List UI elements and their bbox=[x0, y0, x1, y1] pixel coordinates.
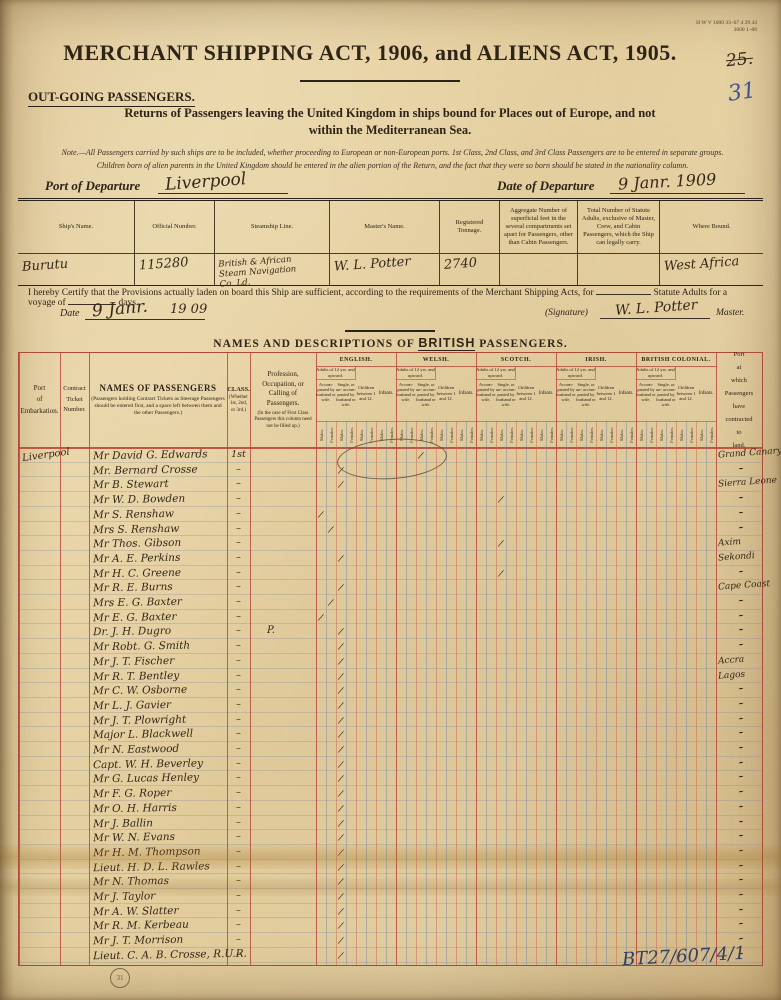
sex-column-label-cell: Males. bbox=[496, 421, 506, 447]
certificate-blank-1 bbox=[596, 294, 651, 295]
sex-column-label-cell: Males. bbox=[696, 421, 706, 447]
passenger-class: – bbox=[227, 552, 250, 563]
ship-table-value-cell bbox=[500, 253, 578, 285]
passenger-class: – bbox=[227, 670, 250, 681]
sex-column-label-cell: Females. bbox=[346, 421, 356, 447]
ship-table-header: Aggregate Number of superficial feet in … bbox=[500, 201, 578, 253]
ship-table-value-row: Burutu115280British & African Steam Navi… bbox=[18, 253, 763, 285]
tally-tick-mark: / bbox=[328, 523, 334, 535]
passenger-name: Mr R. E. Burns bbox=[93, 580, 243, 595]
passenger-name: Mr Robt. G. Smith bbox=[93, 639, 243, 654]
sex-column-label: Females. bbox=[529, 427, 534, 443]
ship-table: Ship's Name.Official Number.Steamship Li… bbox=[18, 198, 763, 286]
passenger-name: Mr H. C. Greene bbox=[93, 565, 243, 580]
passenger-name: Mr J. Ballin bbox=[93, 815, 243, 830]
sex-column-label: Females. bbox=[469, 427, 474, 443]
passenger-class: – bbox=[227, 684, 250, 695]
passenger-row: Mrs E. G. Baxter–/– bbox=[19, 598, 762, 613]
sex-column-label: Males. bbox=[679, 429, 684, 441]
passenger-name: Mrs E. G. Baxter bbox=[93, 595, 243, 610]
nationality-group-header: SCOTCH.Adults of 12 yrs. and upward.Acco… bbox=[476, 353, 556, 447]
destination-entry: – bbox=[718, 683, 765, 696]
sex-column-label-cell: Females. bbox=[486, 421, 496, 447]
tally-tick-mark: / bbox=[338, 905, 344, 917]
sex-column-label: Females. bbox=[449, 427, 454, 443]
passenger-class: – bbox=[227, 728, 250, 739]
tally-tick-mark: / bbox=[338, 729, 344, 741]
passenger-name: Mrs S. Renshaw bbox=[93, 521, 243, 536]
passenger-class: 1st bbox=[227, 449, 250, 460]
tally-tick-mark: / bbox=[338, 935, 344, 947]
tally-tick-mark: / bbox=[338, 553, 344, 565]
passenger-name: Mr F. G. Roper bbox=[93, 786, 243, 801]
stain-left-edge bbox=[0, 0, 14, 1000]
ship-table-value bbox=[582, 254, 657, 259]
passenger-name: Major L. Blackwell bbox=[93, 727, 243, 742]
signature-label: (Signature) bbox=[545, 308, 588, 318]
passengers-heading-emph: BRITISH bbox=[418, 336, 475, 351]
ship-table-value-cell: Burutu bbox=[18, 253, 135, 285]
sex-column-label: Males. bbox=[439, 429, 444, 441]
sex-column-label: Males. bbox=[639, 429, 644, 441]
passenger-class: – bbox=[227, 493, 250, 504]
destination-entry: – bbox=[718, 492, 765, 505]
tally-tick-mark: / bbox=[338, 758, 344, 770]
ship-table-header: Ship's Name. bbox=[18, 201, 135, 253]
note-line1: Note.—All Passengers carried by such shi… bbox=[30, 148, 755, 157]
destination-entry: – bbox=[718, 639, 765, 652]
destination-entry: – bbox=[718, 918, 765, 931]
destination-entry: – bbox=[718, 697, 765, 710]
passengers-heading-post: PASSENGERS. bbox=[479, 338, 567, 350]
handwritten-number-blue: 31 bbox=[726, 78, 757, 107]
nationality-group-header: BRITISH COLONIAL.Adults of 12 yrs. and u… bbox=[636, 353, 716, 447]
port-departure-line bbox=[158, 193, 288, 194]
tally-tick-mark: / bbox=[338, 803, 344, 815]
certificate-date-value: 9 Janr. bbox=[91, 297, 148, 322]
passenger-class: – bbox=[227, 640, 250, 651]
sex-column-label: Females. bbox=[669, 427, 674, 443]
passenger-class: – bbox=[227, 758, 250, 769]
certificate-date-line bbox=[85, 319, 205, 320]
destination-entry: – bbox=[718, 800, 765, 813]
destination-entry: – bbox=[718, 771, 765, 784]
sex-column-label-cell: Females. bbox=[586, 421, 596, 447]
destination-entry: – bbox=[718, 741, 765, 754]
infants-label: Infants. bbox=[536, 366, 556, 421]
passenger-class: – bbox=[227, 949, 250, 960]
sex-column-label: Females. bbox=[569, 427, 574, 443]
tally-tick-mark: / bbox=[338, 788, 344, 800]
certificate-date-label: Date bbox=[60, 308, 79, 319]
single-label: Single, or un- accom- panied by husband … bbox=[576, 380, 596, 421]
sex-column-label: Females. bbox=[629, 427, 634, 443]
tally-tick-mark: / bbox=[498, 494, 504, 506]
sex-column-label-cell: Females. bbox=[646, 421, 656, 447]
children-label: Children between 1 and 12. bbox=[516, 366, 536, 421]
sex-column-label-cell: Females. bbox=[466, 421, 476, 447]
destination-entry: – bbox=[718, 786, 765, 799]
date-departure-value: 9 Janr. 1909 bbox=[618, 169, 717, 193]
sex-column-label-cell: Females. bbox=[546, 421, 556, 447]
passenger-name: Mr N. Eastwood bbox=[93, 742, 243, 757]
passenger-class: – bbox=[227, 508, 250, 519]
destination-entry: Accra bbox=[718, 653, 765, 666]
tally-tick-mark: / bbox=[338, 641, 344, 653]
passenger-name: Mr. Bernard Crosse bbox=[93, 462, 243, 477]
passenger-row: Mr N. Eastwood–/– bbox=[19, 745, 762, 760]
sex-column-label: Males. bbox=[499, 429, 504, 441]
adults-label: Adults of 12 yrs. and upward. bbox=[476, 366, 516, 380]
tally-tick-mark: / bbox=[338, 876, 344, 888]
sex-column-label-cell: Females. bbox=[446, 421, 456, 447]
heading-rule bbox=[345, 330, 435, 332]
single-label: Single, or un- accom- panied by husband … bbox=[496, 380, 516, 421]
passenger-name: Mr J. T. Plowright bbox=[93, 712, 243, 727]
sex-column-label: Males. bbox=[479, 429, 484, 441]
passenger-row: Mr A. E. Perkins–/Sekondi bbox=[19, 554, 762, 569]
certificate-year: 19 09 bbox=[170, 302, 207, 317]
ship-table-value-cell: West Africa bbox=[660, 253, 763, 285]
nationality-group-title: WELSH. bbox=[396, 353, 476, 367]
passenger-class: – bbox=[227, 831, 250, 842]
sex-column-label-cell: Males. bbox=[596, 421, 606, 447]
passenger-name: Mr J. Taylor bbox=[93, 889, 243, 904]
passenger-class: – bbox=[227, 787, 250, 798]
accompanied-label: Accom- panied by husband or wife. bbox=[316, 380, 336, 421]
passenger-class: – bbox=[227, 905, 250, 916]
nationality-group-title: IRISH. bbox=[556, 353, 636, 367]
sex-column-label-cell: Males. bbox=[576, 421, 586, 447]
sex-column-label: Males. bbox=[419, 429, 424, 441]
destination-entry: Cape Coast bbox=[718, 580, 765, 593]
sex-column-label-cell: Males. bbox=[456, 421, 466, 447]
accompanied-label: Accom- panied by husband or wife. bbox=[396, 380, 416, 421]
section-sub1: Returns of Passengers leaving the United… bbox=[40, 106, 740, 121]
ship-table-header: Official Number. bbox=[135, 201, 215, 253]
port-departure-label: Port of Departure bbox=[45, 178, 140, 194]
passenger-class: – bbox=[227, 890, 250, 901]
passenger-row: Mr F. G. Roper–/– bbox=[19, 789, 762, 804]
ship-table-header: Total Number of Statute Adults, exclusiv… bbox=[578, 201, 660, 253]
sex-column-label: Females. bbox=[369, 427, 374, 443]
children-label: Children between 1 and 12. bbox=[596, 366, 616, 421]
passenger-name: Mr G. Lucas Henley bbox=[93, 771, 243, 786]
ship-table-header: Where Bound. bbox=[660, 201, 763, 253]
passenger-row: Mr J. T. Fischer–/Accra bbox=[19, 657, 762, 672]
sex-column-label-cell: Females. bbox=[326, 421, 336, 447]
tally-tick-mark: / bbox=[338, 950, 344, 962]
sex-column-label-cell: Males. bbox=[476, 421, 486, 447]
ship-table-value-cell: 115280 bbox=[135, 253, 215, 285]
sex-column-label-cell: Males. bbox=[336, 421, 346, 447]
sex-column-label-cell: Males. bbox=[676, 421, 686, 447]
passenger-name: Lieut. H. D. L. Rawles bbox=[93, 859, 243, 874]
tally-tick-mark: / bbox=[338, 670, 344, 682]
passenger-class: – bbox=[227, 919, 250, 930]
sex-column-label: Males. bbox=[559, 429, 564, 441]
sex-column-label: Females. bbox=[549, 427, 554, 443]
passenger-name: Lieut. C. A. B. Crosse, R.U.R. bbox=[93, 947, 243, 962]
passengers-heading-pre: NAMES AND DESCRIPTIONS OF bbox=[213, 338, 414, 350]
tally-tick-mark: / bbox=[338, 626, 344, 638]
passenger-name: Mr E. G. Baxter bbox=[93, 609, 243, 624]
ship-table-value-cell: W. L. Potter bbox=[330, 253, 440, 285]
passenger-name: Mr S. Renshaw bbox=[93, 506, 243, 521]
ship-table-header: Registered Tonnage. bbox=[440, 201, 500, 253]
adults-label: Adults of 12 yrs. and upward. bbox=[316, 366, 356, 380]
sex-column-label: Males. bbox=[619, 429, 624, 441]
sex-column-label-cell: Females. bbox=[566, 421, 576, 447]
children-label: Children between 1 and 12. bbox=[436, 366, 456, 421]
sex-column-label: Males. bbox=[519, 429, 524, 441]
destination-entry: – bbox=[718, 594, 765, 607]
passenger-name: Mr A. E. Perkins bbox=[93, 551, 243, 566]
tally-tick-mark: / bbox=[498, 538, 504, 550]
passenger-name: Mr H. M. Thompson bbox=[93, 845, 243, 860]
date-departure-label: Date of Departure bbox=[497, 178, 595, 194]
nationality-group-title: BRITISH COLONIAL. bbox=[636, 353, 716, 367]
passenger-name: Mr O. H. Harris bbox=[93, 800, 243, 815]
passenger-class: – bbox=[227, 567, 250, 578]
passenger-row: Mr L. J. Gavier–/– bbox=[19, 701, 762, 716]
main-header-class: CLASS.(Whether 1st, 2nd, or 3rd.) bbox=[227, 353, 250, 447]
sex-column-label: Males. bbox=[579, 429, 584, 441]
page-number-stamp: 31 bbox=[110, 968, 130, 988]
nationality-group-title: SCOTCH. bbox=[476, 353, 556, 367]
passenger-name: Mr C. W. Osborne bbox=[93, 683, 243, 698]
tally-tick-mark: / bbox=[338, 479, 344, 491]
passenger-class: – bbox=[227, 846, 250, 857]
page-title: MERCHANT SHIPPING ACT, 1906, and ALIENS … bbox=[0, 40, 740, 66]
passenger-row: Mr J. Taylor–/– bbox=[19, 892, 762, 907]
passenger-name: Mr L. J. Gavier bbox=[93, 698, 243, 713]
passenger-table: PortofEmbarkation.ContractTicketNumber.N… bbox=[18, 352, 763, 966]
passenger-name: Mr R. M. Kerbeau bbox=[93, 918, 243, 933]
tally-tick-mark: / bbox=[338, 817, 344, 829]
tally-tick-mark: / bbox=[338, 847, 344, 859]
sex-column-label: Males. bbox=[539, 429, 544, 441]
passenger-class: – bbox=[227, 655, 250, 666]
destination-entry: – bbox=[718, 756, 765, 769]
destination-entry: – bbox=[718, 506, 765, 519]
nationality-group-header: WELSH.Adults of 12 yrs. and upward.Accom… bbox=[396, 353, 476, 447]
sex-column-label: Females. bbox=[649, 427, 654, 443]
passenger-class: – bbox=[227, 802, 250, 813]
ship-table-value-cell: British & African Steam Navigation Co. L… bbox=[215, 253, 330, 285]
children-label: Children between 1 and 12. bbox=[676, 366, 696, 421]
destination-entry: Axim bbox=[718, 536, 765, 549]
passenger-class: – bbox=[227, 875, 250, 886]
destination-entry: – bbox=[718, 874, 765, 887]
sex-column-label: Males. bbox=[599, 429, 604, 441]
adults-label: Adults of 12 yrs. and upward. bbox=[636, 366, 676, 380]
children-label: Children between 1 and 12. bbox=[356, 366, 376, 421]
tally-tick-mark: / bbox=[338, 656, 344, 668]
destination-entry: – bbox=[718, 903, 765, 916]
single-label: Single, or un- accom- panied by husband … bbox=[336, 380, 356, 421]
passenger-name: Mr Thos. Gibson bbox=[93, 536, 243, 551]
passenger-name: Capt. W. H. Beverley bbox=[93, 756, 243, 771]
passenger-name: Mr R. T. Bentley bbox=[93, 668, 243, 683]
tally-tick-mark: / bbox=[338, 861, 344, 873]
tally-tick-mark: / bbox=[318, 611, 324, 623]
ship-table-value: British & African Steam Navigation Co. L… bbox=[218, 253, 328, 290]
infants-label: Infants. bbox=[696, 366, 716, 421]
sex-column-label-cell: Males. bbox=[316, 421, 326, 447]
document-page: H W V 1000 33–67 4 29 43 3000 1–08 25. 3… bbox=[0, 0, 781, 1000]
sex-column-label: Females. bbox=[609, 427, 614, 443]
tally-tick-mark: / bbox=[338, 700, 344, 712]
adults-label: Adults of 12 yrs. and upward. bbox=[556, 366, 596, 380]
ship-table-value: 115280 bbox=[139, 254, 213, 274]
note-line2: Children born of alien parents in the Un… bbox=[30, 161, 755, 170]
passenger-class: – bbox=[227, 743, 250, 754]
passenger-class: – bbox=[227, 714, 250, 725]
accompanied-label: Accom- panied by husband or wife. bbox=[476, 380, 496, 421]
ship-table-value bbox=[504, 255, 575, 260]
date-departure-line bbox=[610, 193, 745, 194]
destination-entry: – bbox=[718, 462, 765, 475]
section-sub2: within the Mediterranean Sea. bbox=[40, 123, 740, 138]
destination-entry: Sierra Leone bbox=[718, 477, 765, 490]
sex-column-label: Females. bbox=[349, 427, 354, 443]
signature-line bbox=[600, 318, 710, 319]
infants-label: Infants. bbox=[616, 366, 636, 421]
passengers-heading: NAMES AND DESCRIPTIONS OF BRITISH PASSEN… bbox=[0, 336, 781, 350]
tally-tick-mark: / bbox=[338, 714, 344, 726]
tally-tick-mark: / bbox=[318, 509, 324, 521]
passenger-class: – bbox=[227, 611, 250, 622]
passenger-class: – bbox=[227, 537, 250, 548]
destination-entry: Grand Canary bbox=[718, 447, 765, 460]
ship-table-value-cell: 2740 bbox=[440, 253, 500, 285]
destination-entry: Sekondi bbox=[718, 550, 765, 563]
print-stamp-line1: H W V 1000 33–67 4 29 43 bbox=[696, 20, 757, 27]
passenger-row: Mr H. M. Thompson–/– bbox=[19, 848, 762, 863]
ship-table-value: Burutu bbox=[22, 253, 133, 276]
tally-tick-mark: / bbox=[498, 567, 504, 579]
ship-table-header-row: Ship's Name.Official Number.Steamship Li… bbox=[18, 201, 763, 254]
passenger-name: Dr. J. H. Dugro bbox=[93, 624, 243, 639]
nationality-group-header: IRISH.Adults of 12 yrs. and upward.Accom… bbox=[556, 353, 636, 447]
passenger-profession: P. bbox=[267, 625, 275, 636]
sex-column-label-cell: Females. bbox=[526, 421, 536, 447]
adults-label: Adults of 12 yrs. and upward. bbox=[396, 366, 436, 380]
passenger-row: Mr S. Renshaw–/– bbox=[19, 510, 762, 525]
passenger-name: Mr A. W. Slatter bbox=[93, 903, 243, 918]
sex-column-label-cell: Females. bbox=[686, 421, 696, 447]
passenger-class: – bbox=[227, 861, 250, 872]
passenger-name: Mr W. D. Bowden bbox=[93, 492, 243, 507]
tally-tick-mark: / bbox=[338, 744, 344, 756]
passenger-row: Mr W. D. Bowden–/– bbox=[19, 495, 762, 510]
nationality-group-header: ENGLISH.Adults of 12 yrs. and upward.Acc… bbox=[316, 353, 396, 447]
passenger-class: – bbox=[227, 934, 250, 945]
main-header-port-land: PortatwhichPassengershavecontractedtolan… bbox=[716, 353, 762, 447]
passenger-name: Mr J. T. Fischer bbox=[93, 653, 243, 668]
tally-tick-mark: / bbox=[338, 891, 344, 903]
single-label: Single, or un- accom- panied by husband … bbox=[656, 380, 676, 421]
sex-column-label: Males. bbox=[699, 429, 704, 441]
sex-column-label-cell: Males. bbox=[536, 421, 546, 447]
sex-column-label: Males. bbox=[379, 429, 384, 441]
passenger-name: Mr N. Thomas bbox=[93, 874, 243, 889]
passenger-class: – bbox=[227, 478, 250, 489]
port-departure-value: Liverpool bbox=[164, 169, 247, 195]
main-header-port: PortofEmbarkation. bbox=[19, 353, 60, 447]
certificate-text: I hereby Certify that the Provisions act… bbox=[28, 288, 594, 298]
print-stamp: H W V 1000 33–67 4 29 43 3000 1–08 bbox=[696, 20, 757, 34]
passenger-class: – bbox=[227, 625, 250, 636]
infants-label: Infants. bbox=[456, 366, 476, 421]
passenger-class: – bbox=[227, 464, 250, 475]
sex-column-label-cell: Males. bbox=[436, 421, 446, 447]
sex-column-label: Females. bbox=[589, 427, 594, 443]
sex-column-label: Females. bbox=[709, 427, 714, 443]
destination-entry: – bbox=[718, 609, 765, 622]
tally-tick-mark: / bbox=[338, 773, 344, 785]
passenger-name: Mr W. N. Evans bbox=[93, 830, 243, 845]
passenger-name: Mr David G. Edwards bbox=[93, 448, 243, 463]
ship-table-value: West Africa bbox=[664, 254, 762, 276]
sex-column-label-cell: Females. bbox=[606, 421, 616, 447]
passenger-class: – bbox=[227, 772, 250, 783]
sex-column-label-cell: Males. bbox=[636, 421, 646, 447]
passenger-class: – bbox=[227, 581, 250, 592]
passenger-name: Mr J. T. Morrison bbox=[93, 933, 243, 948]
sex-column-label: Females. bbox=[429, 427, 434, 443]
passenger-class: – bbox=[227, 817, 250, 828]
sex-column-label-cell: Males. bbox=[556, 421, 566, 447]
sex-column-label: Females. bbox=[509, 427, 514, 443]
nationality-group-title: ENGLISH. bbox=[316, 353, 396, 367]
main-header-profession: Profession, Occupation, or Calling of Pa… bbox=[250, 353, 316, 447]
sex-column-label: Females. bbox=[329, 427, 334, 443]
tally-tick-mark: / bbox=[328, 597, 334, 609]
sex-column-label: Males. bbox=[659, 429, 664, 441]
ship-table-value: 2740 bbox=[444, 255, 498, 274]
accompanied-label: Accom- panied by husband or wife. bbox=[556, 380, 576, 421]
ship-table-header: Steamship Line. bbox=[215, 201, 330, 253]
destination-entry: – bbox=[718, 624, 765, 637]
sex-column-label-cell: Females. bbox=[666, 421, 676, 447]
sex-column-label: Females. bbox=[489, 427, 494, 443]
sex-column-label: Females. bbox=[689, 427, 694, 443]
sex-column-label: Males. bbox=[339, 429, 344, 441]
passenger-class: – bbox=[227, 523, 250, 534]
passenger-row: Mr Robt. G. Smith–/– bbox=[19, 642, 762, 657]
passenger-class: – bbox=[227, 699, 250, 710]
single-label: Single, or un- accom- panied by husband … bbox=[416, 380, 436, 421]
title-rule bbox=[300, 80, 460, 82]
sex-column-label-cell: Females. bbox=[626, 421, 636, 447]
destination-entry: – bbox=[718, 844, 765, 857]
sex-column-label-cell: Females. bbox=[706, 421, 716, 447]
sex-column-label: Males. bbox=[319, 429, 324, 441]
ship-table-header: Master's Name. bbox=[330, 201, 440, 253]
main-header-names: NAMES OF PASSENGERS(Passengers holding C… bbox=[89, 353, 227, 447]
tally-tick-mark: / bbox=[338, 582, 344, 594]
sex-column-label: Males. bbox=[359, 429, 364, 441]
print-stamp-line2: 3000 1–08 bbox=[696, 27, 757, 34]
section-heading: OUT-GOING PASSENGERS. bbox=[28, 89, 195, 107]
passenger-name: Mr B. Stewart bbox=[93, 477, 243, 492]
destination-entry: – bbox=[718, 830, 765, 843]
tally-tick-mark: / bbox=[338, 920, 344, 932]
sex-column-label-cell: Females. bbox=[506, 421, 516, 447]
destination-entry: – bbox=[718, 727, 765, 740]
